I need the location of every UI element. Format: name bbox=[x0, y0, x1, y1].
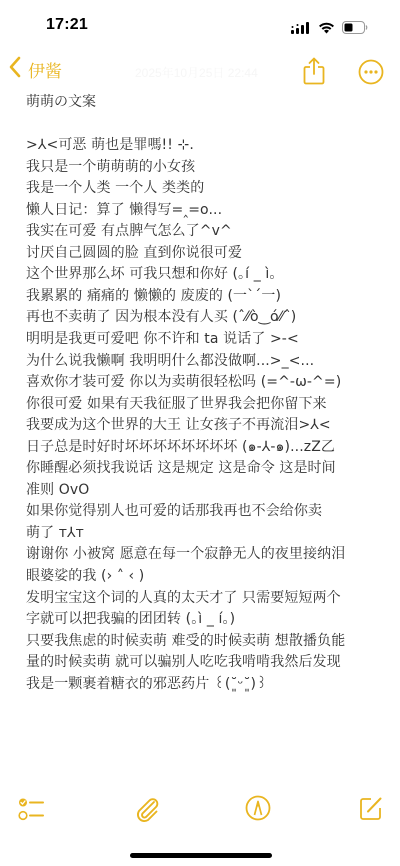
attachment-icon bbox=[134, 808, 160, 827]
note-line: 你很可爱 如果有天我征服了世界我会把你留下来 bbox=[26, 394, 386, 416]
note-line: 我实在可爱 有点脾气怎么了^v^ bbox=[26, 221, 386, 243]
status-time: 17:21 bbox=[46, 16, 88, 34]
note-line: 喜欢你才装可爱 你以为卖萌很轻松吗 (=^-ω-^=) bbox=[26, 372, 386, 394]
note-line: 只要我焦虑的时候卖萌 难受的时候卖萌 想散播负能 bbox=[26, 631, 386, 653]
note-line: 为什么说我懒啊 我明明什么都没做啊...>_<... bbox=[26, 351, 386, 373]
checklist-button[interactable] bbox=[18, 797, 46, 827]
note-line: 萌了 ᴛ⅄ᴛ bbox=[26, 523, 386, 545]
signal-icon bbox=[291, 19, 311, 38]
status-icons bbox=[291, 19, 368, 38]
note-line: 讨厌自己圆圆的脸 直到你说很可爱 bbox=[26, 243, 386, 265]
note-line: 字就可以把我骗的团团转 (｡ì _ í｡) bbox=[26, 609, 386, 631]
markup-button[interactable] bbox=[245, 795, 271, 825]
note-line: 明明是我更可爱吧 你不许和 ta 说话了 >-< bbox=[26, 329, 386, 351]
note-title: 萌萌の文案 bbox=[26, 92, 386, 114]
notes-screen: 17:21 bbox=[0, 0, 400, 866]
back-label: 伊酱 bbox=[28, 57, 62, 82]
note-line: >⅄<可恶 萌也是罪嗎!! ⊹. bbox=[26, 135, 386, 157]
note-line: 这个世界那么坏 可我只想和你好 (｡í _ ì｡ bbox=[26, 264, 386, 286]
blank-line bbox=[26, 114, 386, 136]
note-line: 量的时候卖萌 就可以骗别人吃吃我啃啃我然后发现 bbox=[26, 652, 386, 674]
note-body[interactable]: 萌萌の文案 >⅄<可恶 萌也是罪嗎!! ⊹. 我只是一个萌萌萌的小女孩 我是一个… bbox=[26, 92, 386, 695]
note-line: 眼婆娑的我 (› ˄ ‹ ) bbox=[26, 566, 386, 588]
note-line: 我只是一个萌萌萌的小女孩 bbox=[26, 157, 386, 179]
note-line: 我是一个人类 一个人 类类的 bbox=[26, 178, 386, 200]
note-line: 发明宝宝这个词的人真的太天才了 只需要短短两个 bbox=[26, 588, 386, 610]
back-button[interactable]: 伊酱 bbox=[8, 56, 62, 82]
note-line: 谢谢你 小被窝 愿意在每一个寂静无人的夜里接纳泪 bbox=[26, 544, 386, 566]
checklist-icon bbox=[18, 808, 46, 827]
more-button[interactable] bbox=[358, 59, 384, 89]
attachment-button[interactable] bbox=[134, 797, 160, 827]
note-line: 如果你觉得别人也可爱的话那我再也不会给你卖 bbox=[26, 501, 386, 523]
bottom-toolbar bbox=[0, 795, 400, 835]
note-line: 再也不卖萌了 因为根本没有人买 (ˆ⁄⁄ὸ‿ό⁄⁄ˆ) bbox=[26, 307, 386, 329]
note-line: 准则 OvO bbox=[26, 480, 386, 502]
share-icon bbox=[302, 71, 326, 90]
share-button[interactable] bbox=[302, 56, 326, 90]
more-icon bbox=[358, 70, 384, 89]
home-indicator[interactable] bbox=[130, 853, 272, 858]
note-line: 我累累的 痛痛的 懒懒的 废废的 (一ˋˊ一) bbox=[26, 286, 386, 308]
note-line: 日子总是时好时坏坏坏坏坏坏坏坏 (๑-⅄-๑)...zZ乙 bbox=[26, 437, 386, 459]
note-line: 你睡醒必须找我说话 这是规定 这是命令 这是时间 bbox=[26, 458, 386, 480]
compose-button[interactable] bbox=[359, 795, 383, 825]
compose-icon bbox=[359, 806, 383, 825]
wifi-icon bbox=[318, 19, 335, 38]
note-line: 我是一颗裹着糖衣的邪恶药片 ꒰(˘͈ᵕ˘͈)꒱ bbox=[26, 674, 386, 696]
markup-icon bbox=[245, 806, 271, 825]
status-bar: 17:21 bbox=[0, 0, 400, 50]
nav-bar: 伊酱 2025年10月25日 22:44 bbox=[0, 52, 400, 92]
battery-icon bbox=[342, 19, 368, 38]
note-date: 2025年10月25日 22:44 bbox=[135, 64, 258, 81]
note-line: 我要成为这个世界的大王 让女孩子不再流泪>⅄< bbox=[26, 415, 386, 437]
chevron-left-icon bbox=[8, 56, 22, 82]
note-line: 懒人日记：算了 懒得写=‸=o... bbox=[26, 200, 386, 222]
